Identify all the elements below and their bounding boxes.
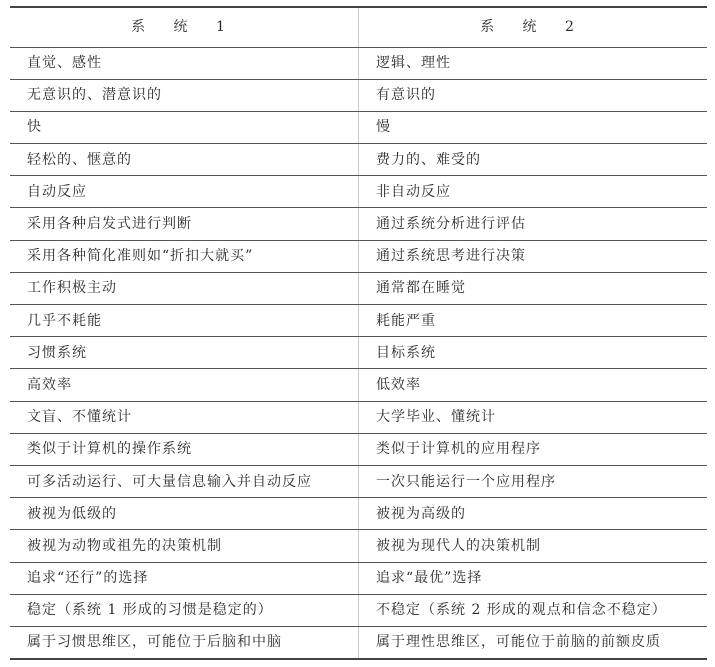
table-row: 轻松的、惬意的费力的、难受的 bbox=[10, 144, 707, 176]
system-1-cell: 属于习惯思维区，可能位于后脑和中脑 bbox=[10, 626, 359, 658]
table-row: 稳定（系统 1 形成的习惯是稳定的）不稳定（系统 2 形成的观点和信念不稳定） bbox=[10, 594, 707, 626]
table-row: 可多活动运行、可大量信息输入并自动反应一次只能运行一个应用程序 bbox=[10, 465, 707, 497]
system-2-cell: 慢 bbox=[359, 111, 708, 143]
system-2-cell: 不稳定（系统 2 形成的观点和信念不稳定） bbox=[359, 594, 708, 626]
system-1-cell: 采用各种简化准则如“折扣大就买” bbox=[10, 240, 359, 272]
table-row: 属于习惯思维区，可能位于后脑和中脑属于理性思维区，可能位于前脑的前额皮质 bbox=[10, 626, 707, 658]
system-2-cell: 逻辑、理性 bbox=[359, 47, 708, 79]
table-row: 被视为动物或祖先的决策机制被视为现代人的决策机制 bbox=[10, 530, 707, 562]
system-1-cell: 追求“还行”的选择 bbox=[10, 562, 359, 594]
system-2-cell: 属于理性思维区，可能位于前脑的前额皮质 bbox=[359, 626, 708, 658]
system-2-cell: 耗能严重 bbox=[359, 305, 708, 337]
system-comparison-table: 系 统 1 系 统 2 直觉、感性逻辑、理性无意识的、潜意识的有意识的快慢轻松的… bbox=[10, 6, 707, 660]
system-2-cell: 费力的、难受的 bbox=[359, 144, 708, 176]
table-row: 采用各种简化准则如“折扣大就买”通过系统思考进行决策 bbox=[10, 240, 707, 272]
system-1-cell: 几乎不耗能 bbox=[10, 305, 359, 337]
system-2-cell: 目标系统 bbox=[359, 337, 708, 369]
table-row: 快慢 bbox=[10, 111, 707, 143]
table-row: 直觉、感性逻辑、理性 bbox=[10, 47, 707, 79]
system-2-cell: 通常都在睡觉 bbox=[359, 272, 708, 304]
system-1-cell: 自动反应 bbox=[10, 176, 359, 208]
system-2-cell: 类似于计算机的应用程序 bbox=[359, 433, 708, 465]
system-1-cell: 高效率 bbox=[10, 369, 359, 401]
table-row: 文盲、不懂统计大学毕业、懂统计 bbox=[10, 401, 707, 433]
system-1-cell: 采用各种启发式进行判断 bbox=[10, 208, 359, 240]
system-2-cell: 一次只能运行一个应用程序 bbox=[359, 465, 708, 497]
system-2-cell: 大学毕业、懂统计 bbox=[359, 401, 708, 433]
system-2-cell: 被视为现代人的决策机制 bbox=[359, 530, 708, 562]
table-row: 被视为低级的被视为高级的 bbox=[10, 498, 707, 530]
header-system-2: 系 统 2 bbox=[359, 7, 708, 47]
table-row: 工作积极主动通常都在睡觉 bbox=[10, 272, 707, 304]
system-1-cell: 可多活动运行、可大量信息输入并自动反应 bbox=[10, 465, 359, 497]
system-2-cell: 非自动反应 bbox=[359, 176, 708, 208]
table-row: 追求“还行”的选择追求“最优”选择 bbox=[10, 562, 707, 594]
table-row: 自动反应非自动反应 bbox=[10, 176, 707, 208]
system-2-cell: 有意识的 bbox=[359, 79, 708, 111]
system-1-cell: 类似于计算机的操作系统 bbox=[10, 433, 359, 465]
system-2-cell: 通过系统分析进行评估 bbox=[359, 208, 708, 240]
system-1-cell: 文盲、不懂统计 bbox=[10, 401, 359, 433]
table-row: 几乎不耗能耗能严重 bbox=[10, 305, 707, 337]
system-1-cell: 直觉、感性 bbox=[10, 47, 359, 79]
system-1-cell: 工作积极主动 bbox=[10, 272, 359, 304]
table-row: 采用各种启发式进行判断通过系统分析进行评估 bbox=[10, 208, 707, 240]
table-body: 直觉、感性逻辑、理性无意识的、潜意识的有意识的快慢轻松的、惬意的费力的、难受的自… bbox=[10, 47, 707, 659]
system-1-cell: 快 bbox=[10, 111, 359, 143]
header-system-1: 系 统 1 bbox=[10, 7, 359, 47]
table-row: 习惯系统目标系统 bbox=[10, 337, 707, 369]
table-row: 类似于计算机的操作系统类似于计算机的应用程序 bbox=[10, 433, 707, 465]
table-header-row: 系 统 1 系 统 2 bbox=[10, 7, 707, 47]
system-1-cell: 无意识的、潜意识的 bbox=[10, 79, 359, 111]
system-2-cell: 被视为高级的 bbox=[359, 498, 708, 530]
system-1-cell: 被视为动物或祖先的决策机制 bbox=[10, 530, 359, 562]
system-2-cell: 追求“最优”选择 bbox=[359, 562, 708, 594]
system-1-cell: 被视为低级的 bbox=[10, 498, 359, 530]
system-2-cell: 通过系统思考进行决策 bbox=[359, 240, 708, 272]
table-row: 无意识的、潜意识的有意识的 bbox=[10, 79, 707, 111]
system-2-cell: 低效率 bbox=[359, 369, 708, 401]
system-1-cell: 轻松的、惬意的 bbox=[10, 144, 359, 176]
system-1-cell: 习惯系统 bbox=[10, 337, 359, 369]
table-row: 高效率低效率 bbox=[10, 369, 707, 401]
system-1-cell: 稳定（系统 1 形成的习惯是稳定的） bbox=[10, 594, 359, 626]
